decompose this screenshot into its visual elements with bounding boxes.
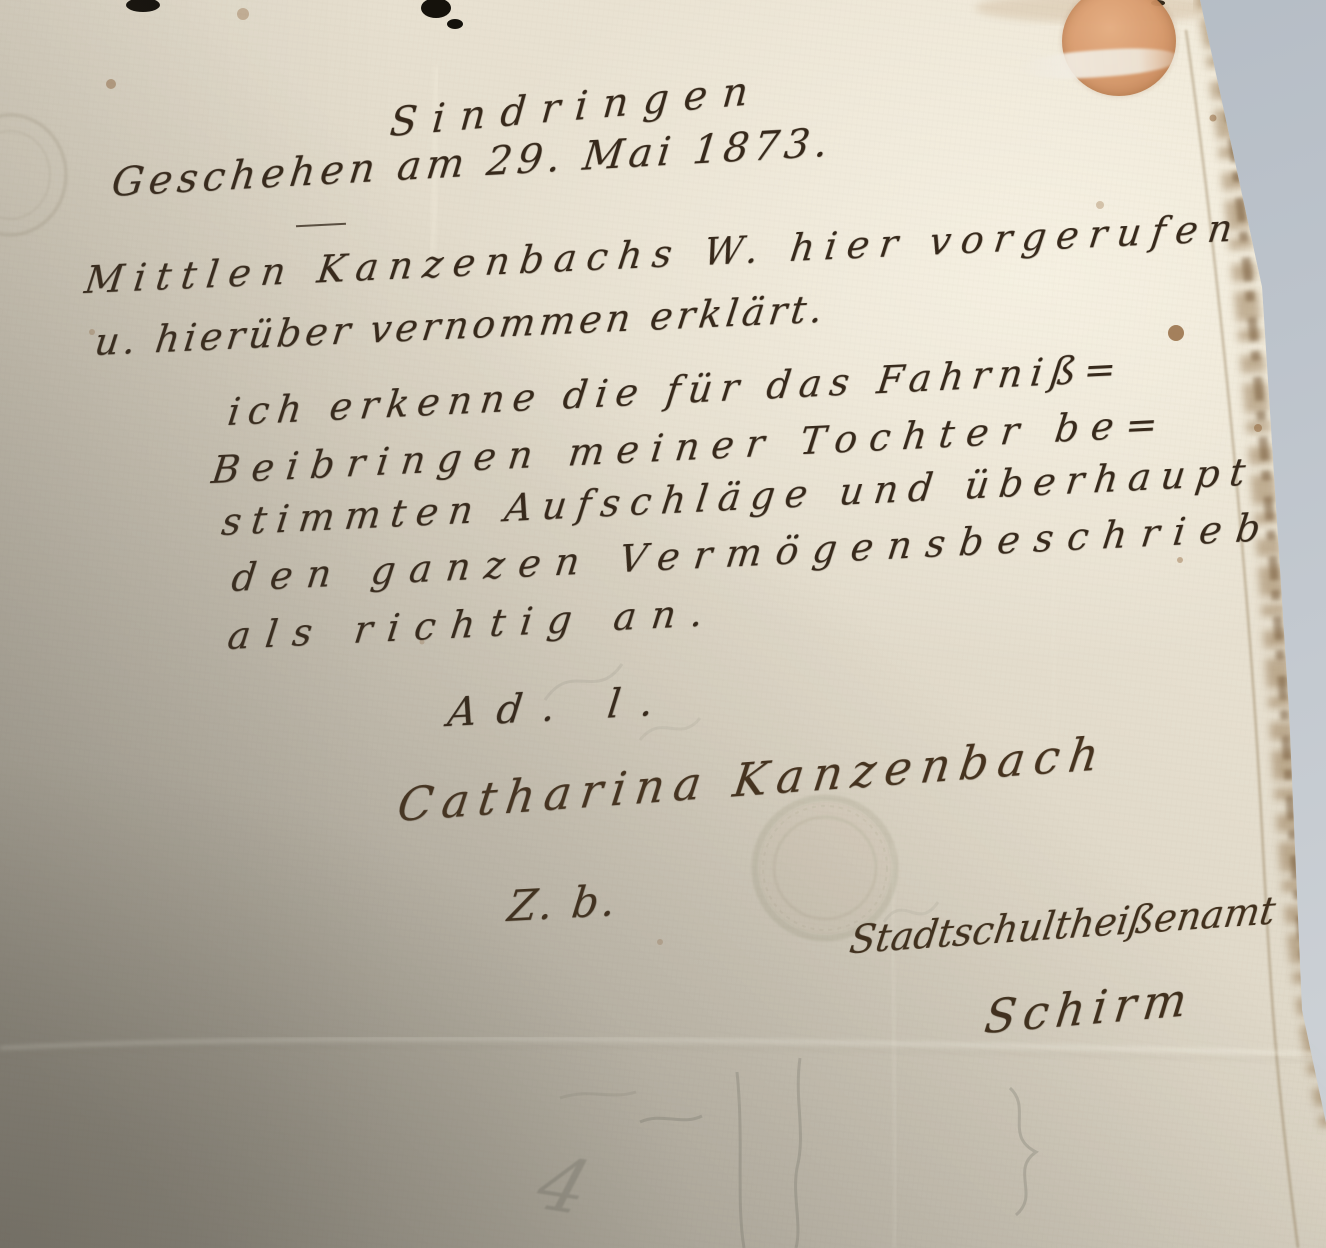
document-paper: Sindringen Geschehen am 29. Mai 1873. Mi… xyxy=(0,0,1326,1248)
embossed-stamp xyxy=(0,115,66,235)
ink-stamp-tint xyxy=(759,802,891,934)
photo-frame: Sindringen Geschehen am 29. Mai 1873. Mi… xyxy=(0,0,1326,1248)
annotation-line: Z. b. xyxy=(505,876,621,931)
